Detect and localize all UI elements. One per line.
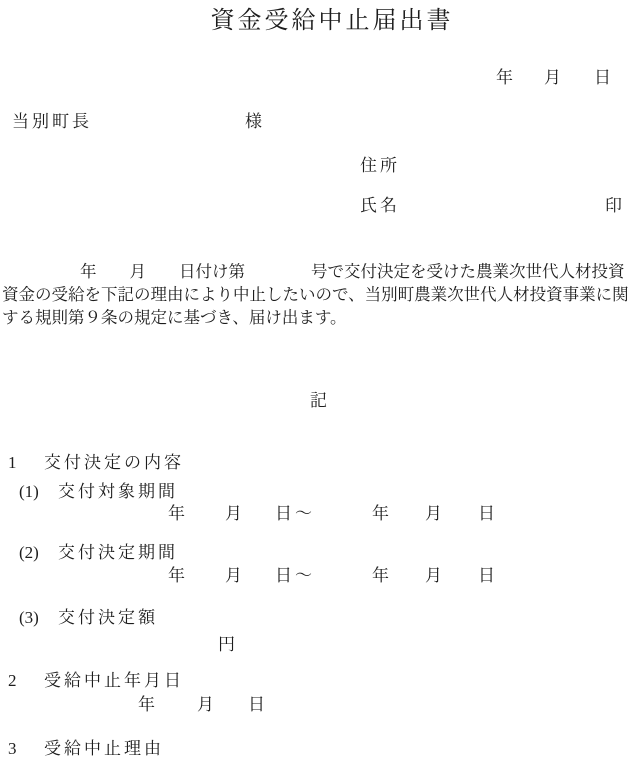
section-1-title: 交付決定の内容 xyxy=(44,453,184,473)
month-label: 月 xyxy=(544,68,564,88)
subsection-1-1-row: (1) 交付対象期間 xyxy=(0,482,628,506)
seal-mark: 印 xyxy=(605,196,625,216)
month-label: 月 xyxy=(425,566,445,586)
year-label: 年 xyxy=(372,566,392,586)
sender-address-label: 住所 xyxy=(360,156,400,176)
section-3-row: 3 受給中止理由 xyxy=(0,739,628,757)
section-1-number: 1 xyxy=(8,453,17,473)
addressee-name: 当別町長 xyxy=(12,112,92,132)
year-label: 年 xyxy=(138,695,158,715)
day-label: 日 xyxy=(478,566,498,586)
month-label: 月 xyxy=(225,504,245,524)
section-3-number: 3 xyxy=(8,739,17,757)
section-1-row: 1 交付決定の内容 xyxy=(0,453,628,477)
subsection-1-1-title: 交付対象期間 xyxy=(58,482,178,502)
section-3-title: 受給中止理由 xyxy=(44,739,164,757)
yen-label: 円 xyxy=(218,635,238,655)
body-line-2: 資金の受給を下記の理由により中止したいので、当別町農業次世代人材投資事業に関 xyxy=(2,283,628,306)
year-label: 年 xyxy=(372,504,392,524)
subsection-1-3-row: (3) 交付決定額 xyxy=(0,608,628,632)
subsection-1-3-title: 交付決定額 xyxy=(58,608,158,628)
addressee-row: 当別町長 様 xyxy=(0,112,628,136)
submission-date-row: 年 月 日 xyxy=(0,68,628,92)
body-line-1: 年 月 日付け第 号で交付決定を受けた農業次世代人材投資 xyxy=(2,260,628,283)
section-2-title: 受給中止年月日 xyxy=(44,671,184,691)
sender-name-row: 氏名 印 xyxy=(0,196,628,220)
subsection-1-2-number: (2) xyxy=(19,543,39,563)
subsection-1-3-number: (3) xyxy=(19,608,39,628)
day-tilde-label: 日～ xyxy=(275,504,315,524)
month-label: 月 xyxy=(425,504,445,524)
subsection-1-2-title: 交付決定期間 xyxy=(58,543,178,563)
year-label: 年 xyxy=(168,504,188,524)
day-tilde-label: 日～ xyxy=(275,566,315,586)
record-mark: 記 xyxy=(310,391,330,411)
addressee-honorific: 様 xyxy=(245,112,265,132)
subsection-1-2-row: (2) 交付決定期間 xyxy=(0,543,628,567)
year-label: 年 xyxy=(168,566,188,586)
day-label: 日 xyxy=(248,695,268,715)
day-label: 日 xyxy=(478,504,498,524)
day-label: 日 xyxy=(594,68,614,88)
body-line-3: する規則第９条の規定に基づき、届け出ます。 xyxy=(2,306,628,329)
section-2-number: 2 xyxy=(8,671,17,691)
sender-name-label: 氏名 xyxy=(360,196,400,216)
section-2-row: 2 受給中止年月日 xyxy=(0,671,628,695)
document-page: 資金受給中止届出書 年 月 日 当別町長 様 住所 氏名 印 年 月 日付け第 … xyxy=(0,0,628,757)
subsection-1-1-number: (1) xyxy=(19,482,39,502)
month-label: 月 xyxy=(225,566,245,586)
month-label: 月 xyxy=(197,695,217,715)
suspension-date-row: 年 月 日 xyxy=(0,695,628,719)
decision-period-date-row: 年 月 日～ 年 月 日 xyxy=(0,566,628,590)
page-title: 資金受給中止届出書 xyxy=(18,7,628,35)
year-label: 年 xyxy=(496,68,516,88)
target-period-date-row: 年 月 日～ 年 月 日 xyxy=(0,504,628,528)
body-paragraph: 年 月 日付け第 号で交付決定を受けた農業次世代人材投資 資金の受給を下記の理由… xyxy=(2,260,628,329)
